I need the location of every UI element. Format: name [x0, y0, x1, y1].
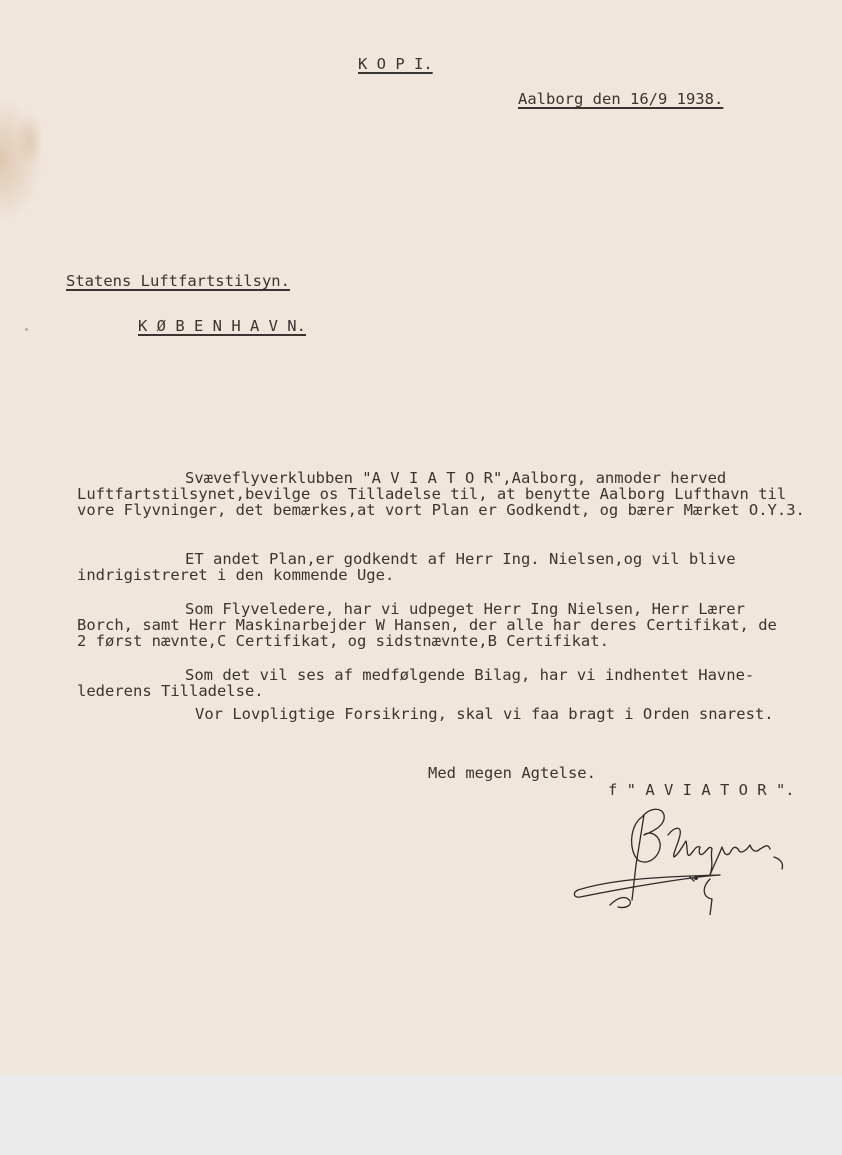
body-line: Svæveflyverklubben "A V I A T O R",Aalbo… [185, 470, 726, 486]
body-line: Som Flyveledere, har vi udpeget Herr Ing… [185, 601, 745, 617]
body-line: lederens Tilladelse. [77, 683, 264, 699]
body-line: 2 først nævnte,C Certifikat, og sidstnæv… [77, 633, 609, 649]
document-title: K O P I. [358, 56, 433, 72]
body-line: vore Flyvninger, det bemærkes,at vort Pl… [77, 502, 805, 518]
scan-background [0, 1075, 842, 1155]
body-line: ET andet Plan,er godkendt af Herr Ing. N… [185, 551, 736, 567]
recipient-name: Statens Luftfartstilsyn. [66, 273, 290, 289]
recipient-city: K Ø B E N H A V N. [138, 318, 306, 334]
body-line: Vor Lovpligtige Forsikring, skal vi faa … [195, 706, 774, 722]
handwritten-signature [570, 805, 800, 915]
closing-salutation: Med megen Agtelse. [428, 765, 596, 781]
body-line: Luftfartstilsynet,bevilge os Tilladelse … [77, 486, 786, 502]
body-line: indrigistreret i den kommende Uge. [77, 567, 394, 583]
letter-paper: K O P I. Aalborg den 16/9 1938. Statens … [0, 0, 842, 1075]
paper-blemish [25, 328, 28, 331]
body-line: Som det vil ses af medfølgende Bilag, ha… [185, 667, 754, 683]
closing-organization: f " A V I A T O R ". [608, 782, 795, 798]
body-line: Borch, samt Herr Maskinarbejder W Hansen… [77, 617, 777, 633]
date-line: Aalborg den 16/9 1938. [518, 91, 723, 107]
